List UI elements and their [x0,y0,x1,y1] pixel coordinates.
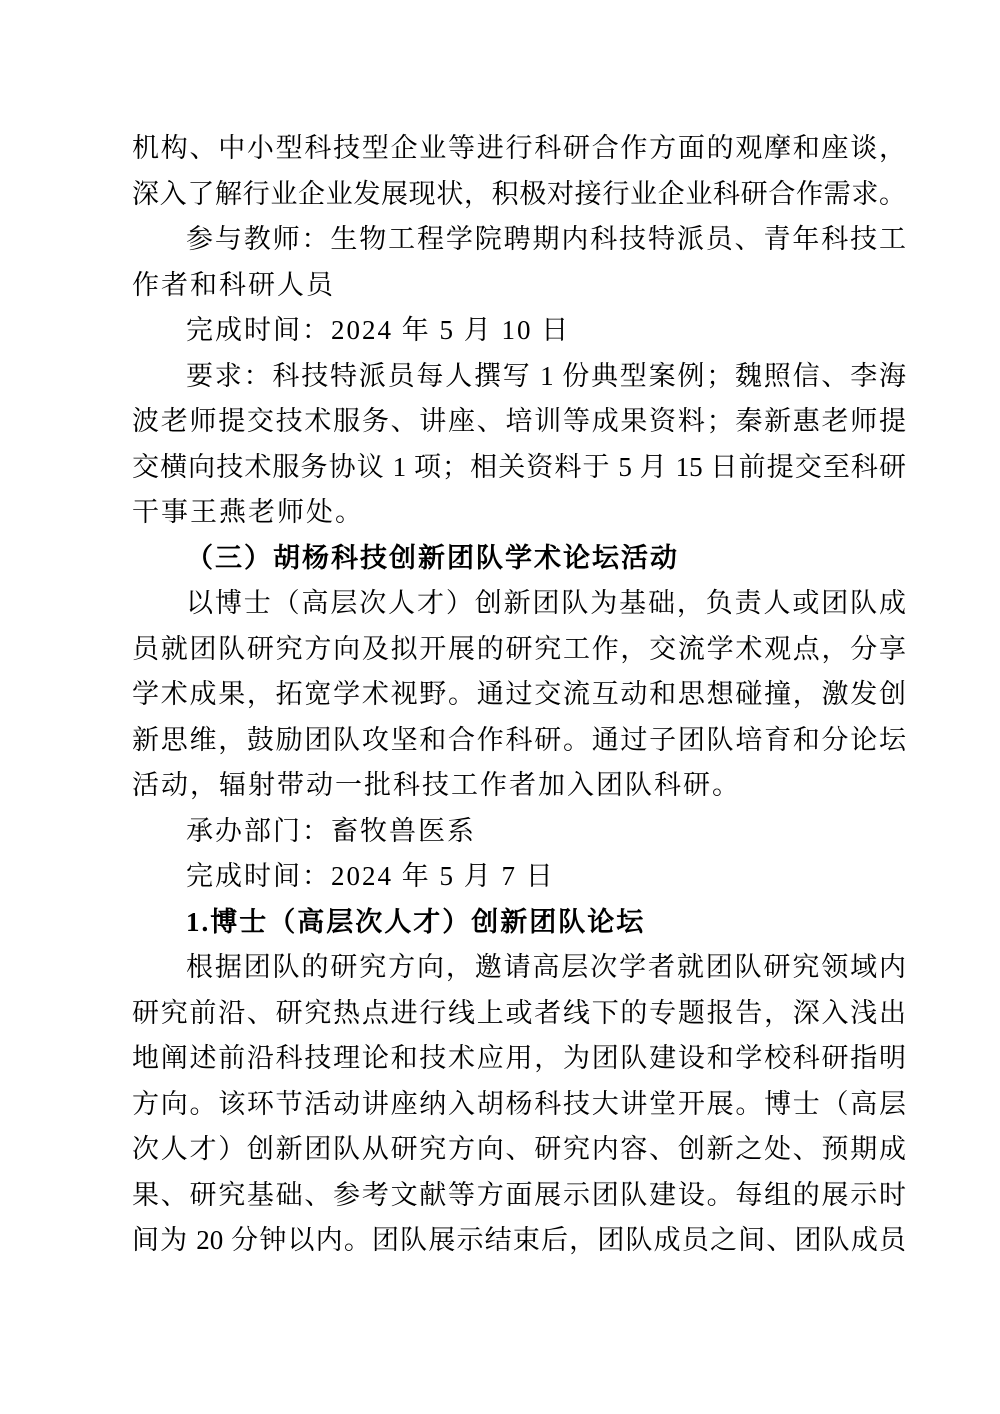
text-line: 要求：科技特派员每人撰写 1 份典型案例；魏照信、李海 [132,354,906,400]
section-heading: （三）胡杨科技创新团队学术论坛活动 [132,536,906,582]
text-line: 果、研究基础、参考文献等方面展示团队建设。每组的展示时 [132,1173,906,1219]
text-line: 间为 20 分钟以内。团队展示结束后，团队成员之间、团队成员 [132,1218,906,1264]
text-line: 研究前沿、研究热点进行线上或者线下的专题报告，深入浅出 [132,991,906,1037]
text-line: 干事王燕老师处。 [132,490,906,536]
text-line: 活动，辐射带动一批科技工作者加入团队科研。 [132,763,906,809]
text-line: 作者和科研人员 [132,263,906,309]
text-line: 学术成果，拓宽学术视野。通过交流互动和思想碰撞，激发创 [132,672,906,718]
text-line: 承办部门：畜牧兽医系 [132,809,906,855]
text-line: 员就团队研究方向及拟开展的研究工作，交流学术观点，分享 [132,627,906,673]
text-line: 地阐述前沿科技理论和技术应用，为团队建设和学校科研指明 [132,1036,906,1082]
text-line: 完成时间：2024 年 5 月 7 日 [132,854,906,900]
text-line: 参与教师：生物工程学院聘期内科技特派员、青年科技工 [132,217,906,263]
text-line: 波老师提交技术服务、讲座、培训等成果资料；秦新惠老师提 [132,399,906,445]
text-line: 方向。该环节活动讲座纳入胡杨科技大讲堂开展。博士（高层 [132,1082,906,1128]
document-page: 机构、中小型科技型企业等进行科研合作方面的观摩和座谈， 深入了解行业企业发展现状… [0,0,1000,1414]
text-line: 根据团队的研究方向，邀请高层次学者就团队研究领域内 [132,945,906,991]
text-line: 新思维，鼓励团队攻坚和合作科研。通过子团队培育和分论坛 [132,718,906,764]
text-line: 以博士（高层次人才）创新团队为基础，负责人或团队成 [132,581,906,627]
text-line: 深入了解行业企业发展现状，积极对接行业企业科研合作需求。 [132,172,906,218]
document-content: 机构、中小型科技型企业等进行科研合作方面的观摩和座谈， 深入了解行业企业发展现状… [0,0,1000,1264]
text-line: 次人才）创新团队从研究方向、研究内容、创新之处、预期成 [132,1127,906,1173]
subsection-heading: 1.博士（高层次人才）创新团队论坛 [132,900,906,946]
text-line: 完成时间：2024 年 5 月 10 日 [132,308,906,354]
text-line: 交横向技术服务协议 1 项；相关资料于 5 月 15 日前提交至科研 [132,445,906,491]
text-line: 机构、中小型科技型企业等进行科研合作方面的观摩和座谈， [132,126,906,172]
